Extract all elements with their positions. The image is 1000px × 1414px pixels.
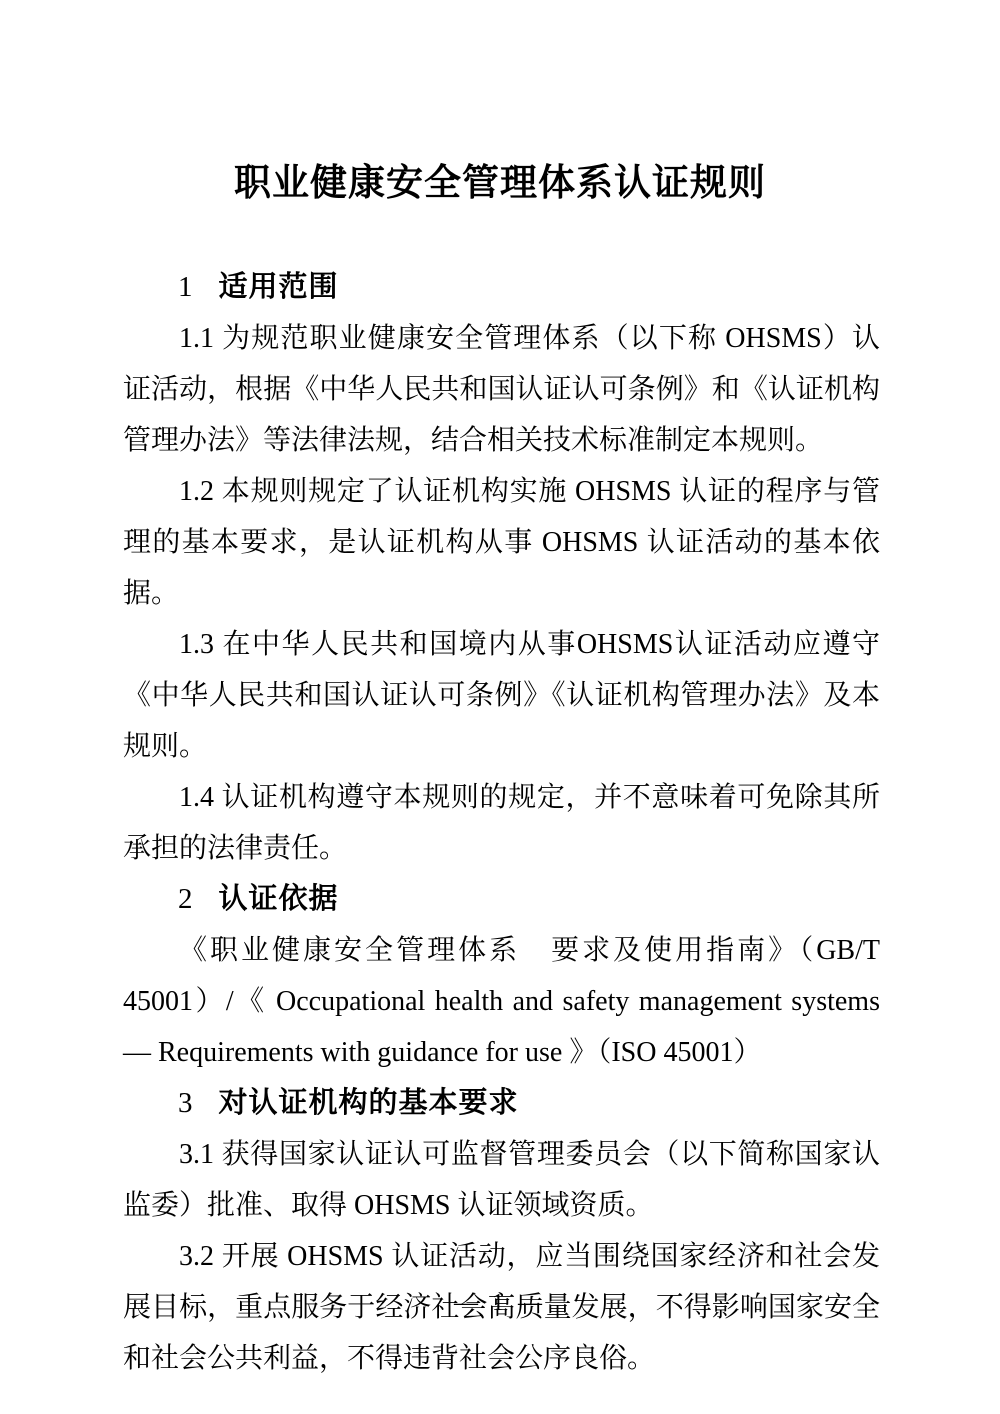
section-3-number: 3 (178, 1087, 193, 1119)
paragraph-1-4: 1.4 认证机构遵守本规则的规定，并不意味着可免除其所承担的法律责任。 (123, 772, 880, 874)
section-3-title: 对认证机构的基本要求 (219, 1087, 519, 1119)
section-2-title: 认证依据 (219, 883, 339, 915)
document-page: 职业健康安全管理体系认证规则 1适用范围 1.1 为规范职业健康安全管理体系（以… (0, 0, 1000, 1414)
page-number: — 1 — (0, 1283, 1000, 1323)
document-body: 1适用范围 1.1 为规范职业健康安全管理体系（以下称 OHSMS）认证活动，根… (123, 262, 880, 1384)
section-heading-3: 3对认证机构的基本要求 (123, 1078, 880, 1129)
section-1-title: 适用范围 (219, 271, 339, 303)
section-2-number: 2 (178, 883, 193, 915)
section-heading-2: 2认证依据 (123, 874, 880, 925)
paragraph-2-1: 《职业健康安全管理体系 要求及使用指南》（GB/T 45001）/《 Occup… (123, 925, 880, 1078)
paragraph-1-1: 1.1 为规范职业健康安全管理体系（以下称 OHSMS）认证活动，根据《中华人民… (123, 313, 880, 466)
paragraph-3-1: 3.1 获得国家认证认可监督管理委员会（以下简称国家认监委）批准、取得 OHSM… (123, 1129, 880, 1231)
document-title: 职业健康安全管理体系认证规则 (0, 162, 1000, 206)
section-heading-1: 1适用范围 (123, 262, 880, 313)
paragraph-1-3: 1.3 在中华人民共和国境内从事OHSMS认证活动应遵守《中华人民共和国认证认可… (123, 619, 880, 772)
paragraph-1-2: 1.2 本规则规定了认证机构实施 OHSMS 认证的程序与管理的基本要求，是认证… (123, 466, 880, 619)
section-1-number: 1 (178, 271, 193, 303)
